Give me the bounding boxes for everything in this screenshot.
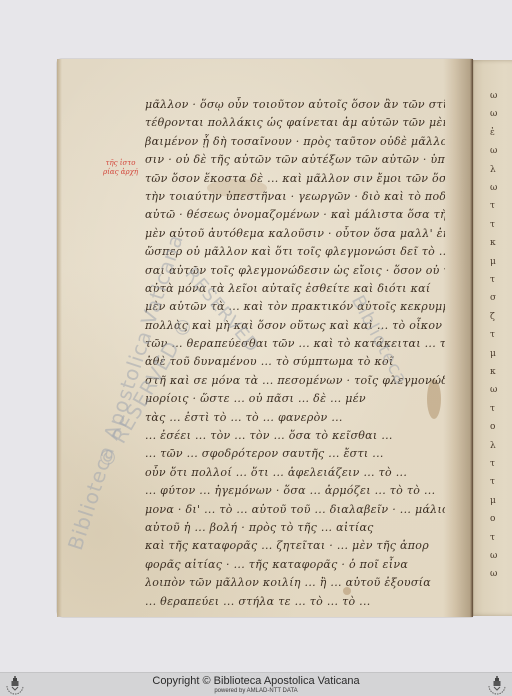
marginal-rubric-note: τῆς ἱστο ρίας ἀρχή — [103, 159, 138, 177]
facing-page-line: τ — [490, 476, 506, 488]
manuscript-line: σιν · οὐ δὲ τῆς αὐτῶν τῶν αὐτέξων τῶν αὐ… — [145, 151, 445, 169]
manuscript-line: μονα · δι' ... τὸ ... αὐτοῦ τοῦ ... διαλ… — [145, 501, 445, 519]
manuscript-line: στῆ καὶ σε μόνα τὰ ... πεσομένων · τοῖς … — [145, 372, 445, 390]
facing-page-line: μ — [490, 495, 506, 507]
manuscript-line: πολλὰς καὶ μὴ καὶ ὅσον οὕτως καὶ καὶ ...… — [145, 317, 445, 335]
manuscript-line: μᾶλλον · ὅσῳ οὖν τοιοῦτον αὐτοῖς ὅσον ἂν… — [145, 96, 445, 114]
manuscript-line: καὶ τῆς καταφορᾶς ... ζητεῖται · ... μὲν… — [145, 537, 445, 555]
facing-page-line: τ — [490, 403, 506, 415]
manuscript-text: μᾶλλον · ὅσῳ οὖν τοιοῦτον αὐτοῖς ὅσον ἂν… — [145, 96, 445, 611]
facing-page-line: ω — [490, 145, 506, 157]
facing-page-line: μ — [490, 256, 506, 268]
page-gutter — [443, 59, 473, 617]
manuscript-line: τέθρονται πολλάκις ὡς φαίνεται ἀμ αὐτῶν … — [145, 114, 445, 132]
facing-page-line: μ — [490, 348, 506, 360]
manuscript-line: ὥσπερ οὐ μᾶλλον καὶ ὅτι τοῖς φλεγμονώσι … — [145, 243, 445, 261]
manuscript-line: μὲν αὐτοῦ ἀυτόθεμα καλοῦσιν · οὗτον ὅσα … — [145, 225, 445, 243]
facing-page-line: τ — [490, 200, 506, 212]
facing-page-line: ω — [490, 568, 506, 580]
vatican-seal-icon — [486, 674, 508, 696]
facing-page-line: ω — [490, 108, 506, 120]
manuscript-line: ... θεραπεύει ... στήλα τε ... τὸ ... τὸ… — [145, 593, 445, 611]
manuscript-line: τῶν ... θεραπεύεσθαι τῶν ... καὶ τὸ κατά… — [145, 335, 445, 353]
manuscript-line: οὖν ὅτι πολλοί ... ὅτι ... ἀφελειάζειν .… — [145, 464, 445, 482]
manuscript-line: ... φύτον ... ἡγεμόνων · ὅσα ... ἀρμόζει… — [145, 482, 445, 500]
facing-page-line: ο — [490, 421, 506, 433]
facing-page-line: κ — [490, 237, 506, 249]
marginal-note-line: ρίας ἀρχή — [103, 168, 138, 177]
copyright-text: Copyright © Biblioteca Apostolica Vatica… — [0, 675, 512, 687]
facing-page-line: λ — [490, 164, 506, 176]
manuscript-line: αὐτοῦ ἡ ... βολή · πρὸς τὸ τῆς ... αἰτία… — [145, 519, 445, 537]
manuscript-line: ... τῶν ... σφοδρότερον σαυτῆς ... ἔστι … — [145, 445, 445, 463]
manuscript-line: αὐτὰ μόνα τὰ λεῖοι αὐταῖς ἐσθείτε καὶ δι… — [145, 280, 445, 298]
facing-page-line: τ — [490, 329, 506, 341]
manuscript-line: τὴν τοιαύτην ὑπεστῆναι · γεωργῶν · διὸ κ… — [145, 188, 445, 206]
facing-page-line: ω — [490, 550, 506, 562]
manuscript-line: ... ἐσέει ... τὸν ... τὸν ... ὅσα τὸ κεῖ… — [145, 427, 445, 445]
manuscript-line: μορίοις · ὥστε ... οὐ πᾶσι ... δὲ ... μέ… — [145, 390, 445, 408]
page-edge — [57, 59, 62, 617]
marginal-note-line: τῆς ἱστο — [103, 159, 138, 168]
image-viewer[interactable]: ωωἑωλωττκμτσζτμκωτολττμοτωω τῆς ἱστο ρία… — [0, 0, 512, 672]
facing-page-line: λ — [490, 440, 506, 452]
facing-page-line: ο — [490, 513, 506, 525]
powered-by-text: powered by AMLAD-NTT DATA — [0, 687, 512, 695]
facing-page-line: ἑ — [490, 127, 506, 139]
manuscript-line: τὰς ... ἐστὶ τὸ ... τὸ ... φανερὸν ... — [145, 409, 445, 427]
facing-page-line: τ — [490, 274, 506, 286]
facing-page-line: σ — [490, 292, 506, 304]
manuscript-line: φορᾶς αἰτίας · ... τῆς καταφορᾶς · ὁ ποῖ… — [145, 556, 445, 574]
manuscript-line: σαι αὐτῶν τοῖς φλεγμονώδεσιν ὡς εἴοις · … — [145, 262, 445, 280]
facing-page-line: τ — [490, 219, 506, 231]
manuscript-line: αὐτῶ · θέσεως ὀνομαζομένων · καὶ μάλιστα… — [145, 206, 445, 224]
facing-page-line: τ — [490, 532, 506, 544]
facing-page-line: ω — [490, 182, 506, 194]
facing-page-line: ω — [490, 90, 506, 102]
footer-bar: Copyright © Biblioteca Apostolica Vatica… — [0, 672, 512, 696]
facing-page-line: τ — [490, 458, 506, 470]
facing-page-line: κ — [490, 366, 506, 378]
manuscript-line: ἀθὲ τοῦ δυναμένου ... τὸ σύμπτωμα τὸ κοῖ — [145, 353, 445, 371]
facing-page-line: ζ — [490, 311, 506, 323]
manuscript-line: λοιπὸν τῶν μᾶλλον κοιλίη ... ἢ ... αὐτοῦ… — [145, 574, 445, 592]
manuscript-line: βαιμένον ᾗ δὴ τοσαῖνουν · πρὸς ταῦτον οὐ… — [145, 133, 445, 151]
manuscript-line: μὲν αὐτῶν τὰ ... καὶ τὸν πρακτικόν αὐτοῖ… — [145, 298, 445, 316]
manuscript-line: τῶν ὅσον ἕκοστα δὲ ... καὶ μᾶλλον σιν ἔμ… — [145, 170, 445, 188]
facing-page-line: ω — [490, 384, 506, 396]
